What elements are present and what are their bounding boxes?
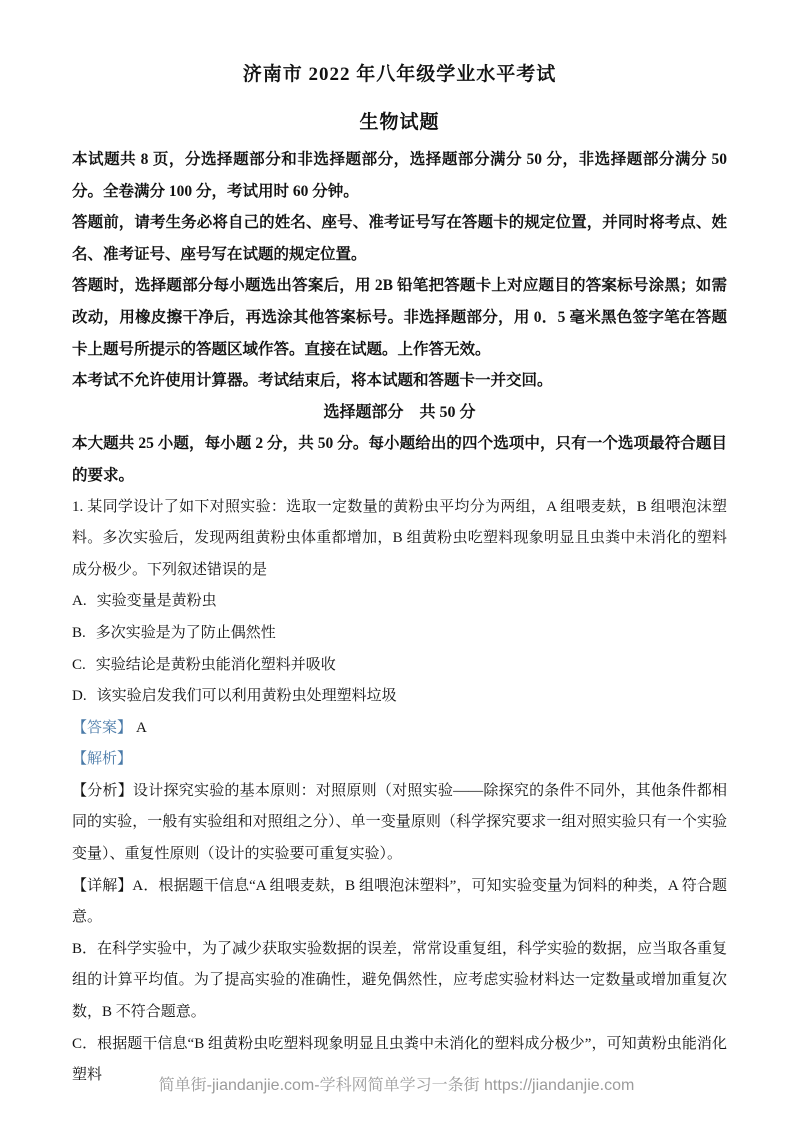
option-c-label: C. bbox=[72, 657, 86, 673]
answer-value: A bbox=[136, 720, 147, 736]
exam-subject-title: 生物试题 bbox=[72, 110, 727, 136]
question-1-option-a: A.实验变量是黄粉虫 bbox=[72, 586, 727, 618]
answer-label: 【答案】 bbox=[72, 720, 132, 736]
instruction-paragraph-1: 本试题共 8 页，分选择题部分和非选择题部分，选择题部分满分 50 分，非选择题… bbox=[72, 144, 727, 207]
instruction-paragraph-2: 答题前，请考生务必将自己的姓名、座号、准考证号写在答题卡的规定位置，并同时将考点… bbox=[72, 207, 727, 270]
section-heading: 选择题部分 共 50 分 bbox=[72, 397, 727, 429]
question-1-option-d: D.该实验启发我们可以利用黄粉虫处理塑料垃圾 bbox=[72, 681, 727, 713]
instruction-paragraph-3: 答题时，选择题部分每小题选出答案后，用 2B 铅笔把答题卡上对应题目的答案标号涂… bbox=[72, 270, 727, 365]
instruction-paragraph-4: 本考试不允许使用计算器。考试结束后，将本试题和答题卡一并交回。 bbox=[72, 365, 727, 397]
question-1-option-b: B.多次实验是为了防止偶然性 bbox=[72, 618, 727, 650]
section-intro: 本大题共 25 小题，每小题 2 分，共 50 分。每小题给出的四个选项中，只有… bbox=[72, 428, 727, 491]
analysis-paragraph: 【分析】设计探究实验的基本原则：对照原则（对照实验——除探究的条件不同外，其他条… bbox=[72, 776, 727, 871]
question-1-stem: 1. 某同学设计了如下对照实验：选取一定数量的黄粉虫平均分为两组，A 组喂麦麸，… bbox=[72, 492, 727, 587]
detail-paragraph-a: 【详解】A．根据题干信息“A 组喂麦麸，B 组喂泡沫塑料”，可知实验变量为饲料的… bbox=[72, 871, 727, 934]
question-1-option-c: C.实验结论是黄粉虫能消化塑料并吸收 bbox=[72, 650, 727, 682]
option-b-text: 多次实验是为了防止偶然性 bbox=[96, 625, 276, 641]
answer-line: 【答案】A bbox=[72, 713, 727, 745]
option-d-label: D. bbox=[72, 688, 87, 704]
exam-document-page: 济南市 2022 年八年级学业水平考试 生物试题 本试题共 8 页，分选择题部分… bbox=[0, 0, 793, 1122]
explanation-label-line: 【解析】 bbox=[72, 744, 727, 776]
option-c-text: 实验结论是黄粉虫能消化塑料并吸收 bbox=[96, 657, 336, 673]
option-b-label: B. bbox=[72, 625, 86, 641]
watermark-footer: 简单街-jiandanjie.com-学科网简单学习一条街 https://ji… bbox=[0, 1072, 793, 1095]
exam-title: 济南市 2022 年八年级学业水平考试 bbox=[72, 62, 727, 88]
document-content: 济南市 2022 年八年级学业水平考试 生物试题 本试题共 8 页，分选择题部分… bbox=[72, 62, 727, 1092]
explanation-label: 【解析】 bbox=[72, 751, 132, 767]
option-a-text: 实验变量是黄粉虫 bbox=[97, 593, 217, 609]
detail-paragraph-b: B．在科学实验中，为了减少获取实验数据的误差，常常设重复组，科学实验的数据，应当… bbox=[72, 934, 727, 1029]
option-d-text: 该实验启发我们可以利用黄粉虫处理塑料垃圾 bbox=[97, 688, 397, 704]
option-a-label: A. bbox=[72, 593, 87, 609]
